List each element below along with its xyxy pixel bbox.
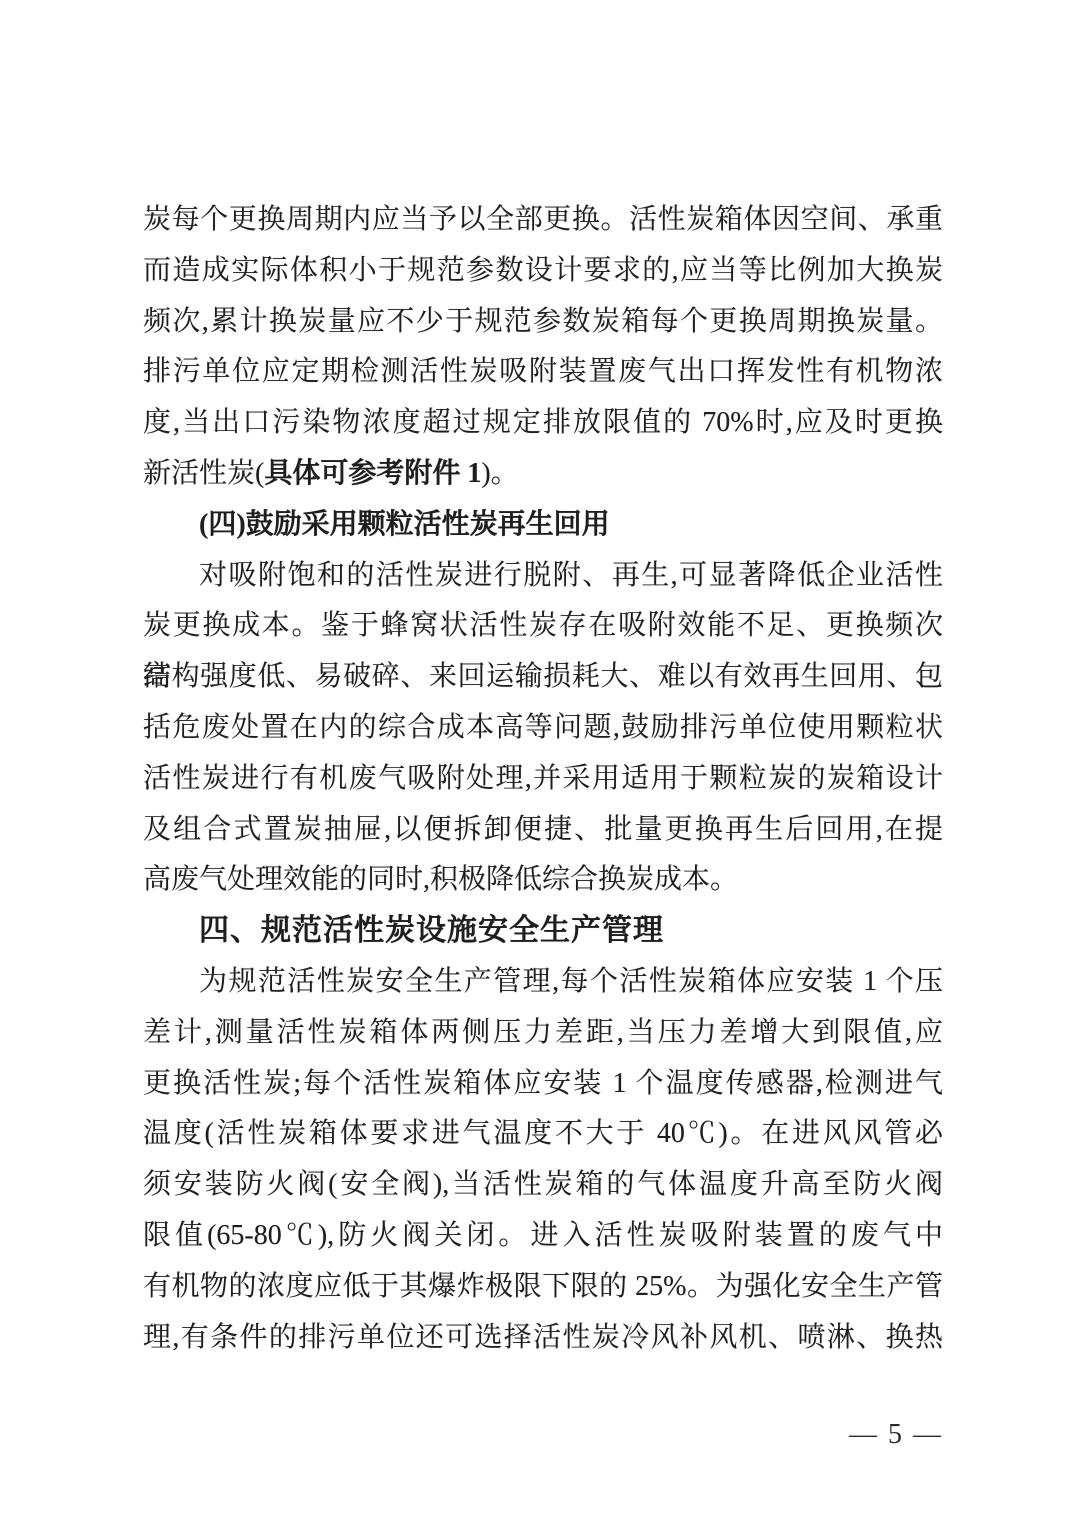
body-line: 对吸附饱和的活性炭进行脱附、再生,可显著降低企业活性 xyxy=(143,551,943,602)
body-line: 有机物的浓度应低于其爆炸极限下限的 25%。为强化安全生产管 xyxy=(143,1262,943,1313)
body-line: 温度(活性炭箱体要求进气温度不大于 40℃)。在进风风管必 xyxy=(143,1109,943,1160)
document-body: 炭每个更换周期内应当予以全部更换。活性炭箱体因空间、承重 而造成实际体积小于规范… xyxy=(143,195,943,1363)
body-line: 差计,测量活性炭箱体两侧压力差距,当压力差增大到限值,应 xyxy=(143,1008,943,1059)
body-line: 须安装防火阀(安全阀),当活性炭箱的气体温度升高至防火阀 xyxy=(143,1160,943,1211)
body-text: )。 xyxy=(481,458,518,489)
attachment-reference-bold-text: 具体可参考附件 1 xyxy=(264,458,481,489)
section-heading: 四、规范活性炭设施安全生产管理 xyxy=(143,906,943,957)
body-line: 结构强度低、易破碎、来回运输损耗大、难以有效再生回用、包 xyxy=(143,652,943,703)
body-line: 炭更换成本。鉴于蜂窝状活性炭存在吸附效能不足、更换频次高、 xyxy=(143,601,943,652)
body-line: 活性炭进行有机废气吸附处理,并采用适用于颗粒炭的炭箱设计 xyxy=(143,754,943,805)
subsection-heading: (四)鼓励采用颗粒活性炭再生回用 xyxy=(143,500,943,551)
body-line: 高废气处理效能的同时,积极降低综合换炭成本。 xyxy=(143,855,943,906)
body-line: 更换活性炭;每个活性炭箱体应安装 1 个温度传感器,检测进气 xyxy=(143,1059,943,1110)
body-line: 括危废处置在内的综合成本高等问题,鼓励排污单位使用颗粒状 xyxy=(143,703,943,754)
body-line-with-reference: 新活性炭(具体可参考附件 1)。 xyxy=(143,449,943,500)
body-text: 新活性炭( xyxy=(143,458,264,489)
body-line: 频次,累计换炭量应不少于规范参数炭箱每个更换周期换炭量。 xyxy=(143,297,943,348)
body-line: 排污单位应定期检测活性炭吸附装置废气出口挥发性有机物浓 xyxy=(143,347,943,398)
body-line: 理,有条件的排污单位还可选择活性炭冷风补风机、喷淋、换热 xyxy=(143,1313,943,1364)
body-line: 及组合式置炭抽屉,以便拆卸便捷、批量更换再生后回用,在提 xyxy=(143,805,943,856)
body-line: 而造成实际体积小于规范参数设计要求的,应当等比例加大换炭 xyxy=(143,246,943,297)
body-line: 炭每个更换周期内应当予以全部更换。活性炭箱体因空间、承重 xyxy=(143,195,943,246)
document-page: 炭每个更换周期内应当予以全部更换。活性炭箱体因空间、承重 而造成实际体积小于规范… xyxy=(0,0,1080,1527)
page-number: — 5 — xyxy=(143,1415,957,1455)
body-line: 为规范活性炭安全生产管理,每个活性炭箱体应安装 1 个压 xyxy=(143,957,943,1008)
body-line: 限值(65-80℃),防火阀关闭。进入活性炭吸附装置的废气中 xyxy=(143,1211,943,1262)
body-line: 度,当出口污染物浓度超过规定排放限值的 70%时,应及时更换 xyxy=(143,398,943,449)
